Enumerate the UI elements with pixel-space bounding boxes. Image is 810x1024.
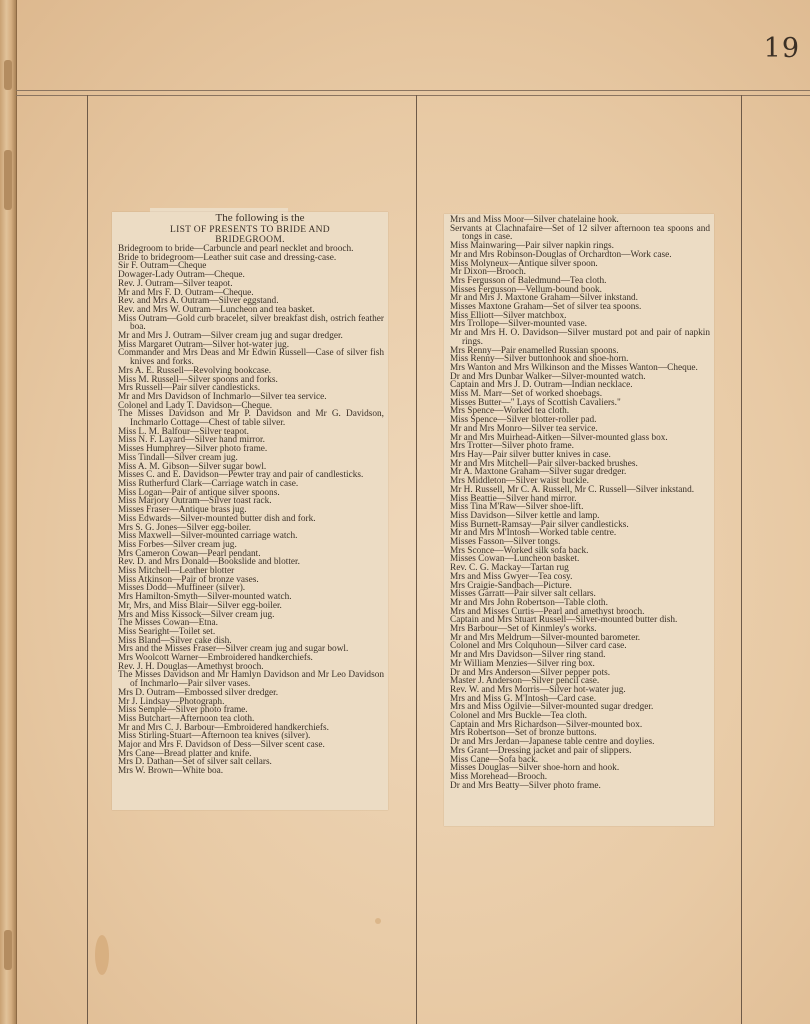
newspaper-clipping-left: The following is the LIST OF PRESENTS TO… [112,212,388,810]
present-entry: Commander and Mrs Deas and Mr Edwin Russ… [116,349,384,366]
margin-line-left [87,95,88,1024]
present-entry: Servants at Clachnafaire—Set of 12 silve… [448,225,710,242]
torn-edge [4,60,12,90]
scrapbook-page: 19 The following is the LIST OF PRESENTS… [0,0,810,1024]
present-entry: The Misses Davidson and Mr P. Davidson a… [116,410,384,427]
present-entry: Mr and Mrs H. O. Davidson—Silver mustard… [448,329,710,346]
presents-list-left: Bridegroom to bride—Carbuncle and pearl … [112,245,388,776]
present-entry: Miss Outram—Gold curb bracelet, silver b… [116,315,384,332]
book-spine-edge [0,0,17,1024]
paper-stain [375,918,381,924]
present-entry: The Misses Davidson and Mr Hamlyn Davids… [116,671,384,688]
column-divider [416,95,417,1024]
present-entry: Mrs W. Brown—White boa. [116,767,384,776]
header-double-rule [16,90,810,96]
present-entry: Dr and Mrs Beatty—Silver photo frame. [448,782,710,791]
margin-line-right [741,95,742,1024]
presents-list-right: Mrs and Miss Moor—Silver chatelaine hook… [444,214,714,790]
clipping-title: LIST OF PRESENTS TO BRIDE AND [112,225,388,235]
clipping-intro: The following is the [112,212,388,224]
torn-edge [4,150,12,210]
newspaper-clipping-right: Mrs and Miss Moor—Silver chatelaine hook… [444,214,714,826]
page-number: 19 [764,33,800,64]
torn-edge [4,930,12,970]
paper-stain [95,935,109,975]
